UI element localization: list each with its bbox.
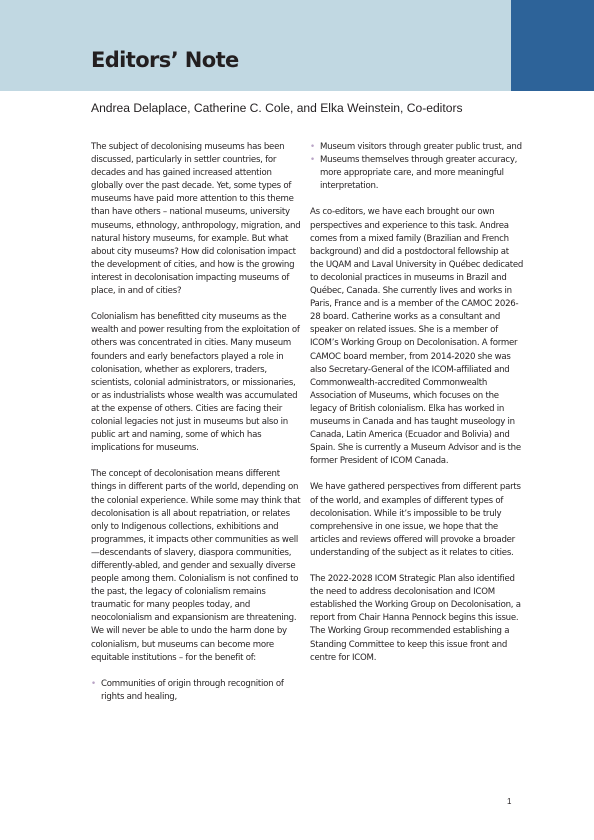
right-column: •Museum visitors through greater public … <box>310 141 524 678</box>
paragraph: Colonialism has benefitted city museums … <box>91 311 305 455</box>
header-band <box>0 0 511 91</box>
byline: Andrea Delaplace, Catherine C. Cole, and… <box>91 101 463 115</box>
left-column: The subject of decolonising museums has … <box>91 141 305 717</box>
bullet-icon: • <box>91 678 96 691</box>
paragraph: The concept of decolonisation means diff… <box>91 468 305 664</box>
paragraph: The subject of decolonising museums has … <box>91 141 305 298</box>
bullet-icon: • <box>310 154 315 167</box>
page-title: Editors’ Note <box>91 50 239 71</box>
list-item: •Museums themselves through greater accu… <box>310 154 524 193</box>
header-accent-block <box>511 0 594 91</box>
list-item: •Museum visitors through greater public … <box>310 141 524 154</box>
list-item-text: Communities of origin through recognitio… <box>101 679 284 702</box>
bullet-icon: • <box>310 141 315 154</box>
paragraph: As co-editors, we have each brought our … <box>310 206 524 468</box>
paragraph: The 2022-2028 ICOM Strategic Plan also i… <box>310 573 524 665</box>
list-item-text: Museums themselves through greater accur… <box>320 155 517 191</box>
list-item: •Communities of origin through recogniti… <box>91 678 305 704</box>
paragraph: We have gathered perspectives from diffe… <box>310 481 524 560</box>
bullet-list: •Communities of origin through recogniti… <box>91 678 305 704</box>
list-item-text: Museum visitors through greater public t… <box>320 142 522 152</box>
bullet-list: •Museum visitors through greater public … <box>310 141 524 193</box>
page-number: 1 <box>507 797 511 806</box>
